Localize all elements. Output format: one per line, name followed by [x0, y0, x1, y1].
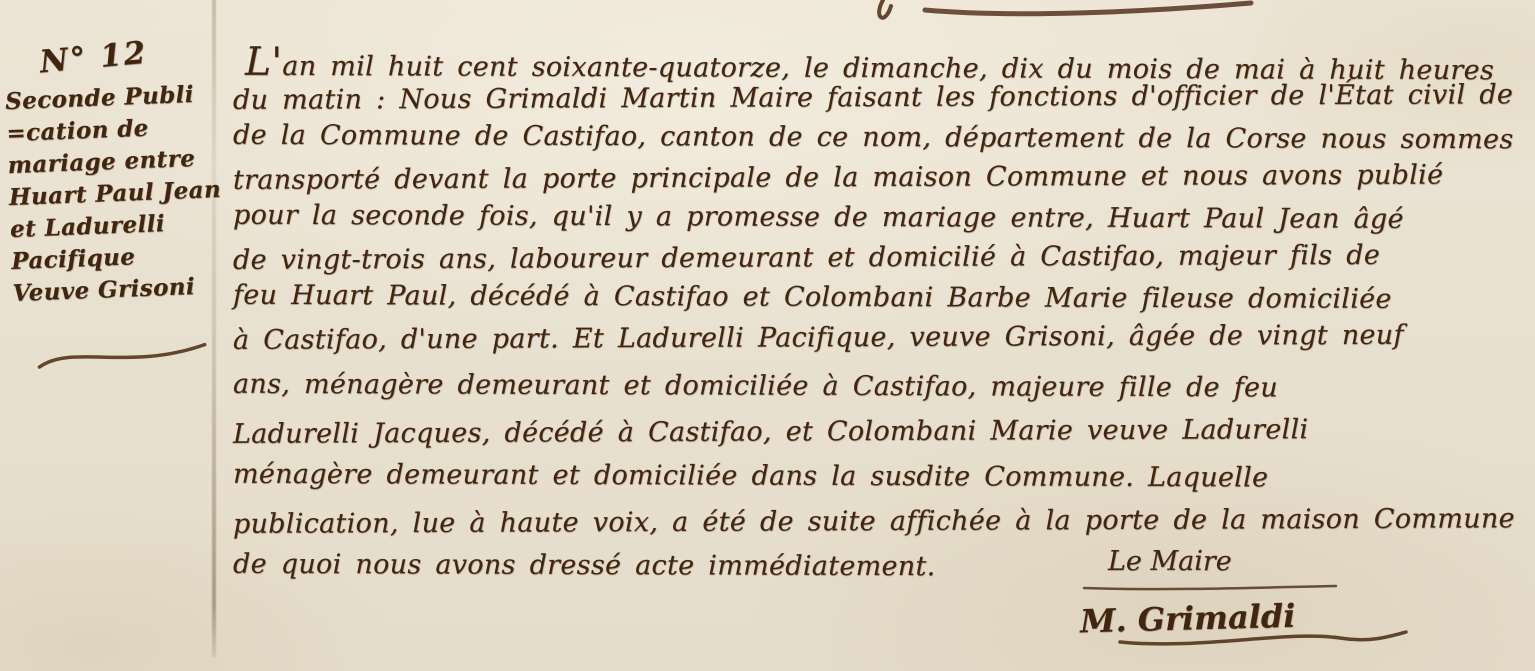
margin-note-line: Veuve Grisoni [12, 270, 225, 310]
act-body: L'an mil huit cent soixante-quatorze, le… [233, 42, 1528, 596]
signature-title: Le Maire [1108, 546, 1410, 577]
document-line: L'an mil huit cent soixante-quatorze, le… [233, 40, 1528, 85]
act-number: N° 12 [2, 29, 216, 84]
document-line: ménagère demeurant et domiciliée dans la… [233, 459, 1528, 509]
document-line: pour la seconde fois, qu'il y a promesse… [233, 200, 1528, 245]
document-line: feu Huart Paul, décédé à Castifao et Col… [233, 280, 1528, 325]
document-line: de vingt-trois ans, laboureur demeurant … [233, 239, 1528, 285]
document-line: à Castifao, d'une part. Et Ladurelli Pac… [233, 319, 1528, 365]
document-line: Ladurelli Jacques, décédé à Castifao, et… [233, 413, 1528, 464]
register-page: N° 12 Seconde Publi =cation de mariage e… [0, 0, 1535, 671]
document-line: ans, ménagère demeurant et domiciliée à … [233, 369, 1528, 419]
margin-annotation: N° 12 Seconde Publi =cation de mariage e… [3, 34, 225, 310]
margin-note: Seconde Publi =cation de mariage entre H… [5, 78, 225, 310]
margin-flourish-stroke [32, 334, 213, 381]
previous-entry-flourish-stroke [855, 0, 1255, 30]
signature-block: Le Maire M. Grimaldi [1080, 546, 1410, 652]
document-line: du matin : Nous Grimaldi Martin Maire fa… [233, 79, 1528, 125]
document-line: de la Commune de Castifao, canton de ce … [233, 120, 1528, 165]
document-line: transporté devant la porte principale de… [233, 159, 1528, 205]
signature-title-underline-stroke [1080, 584, 1340, 592]
